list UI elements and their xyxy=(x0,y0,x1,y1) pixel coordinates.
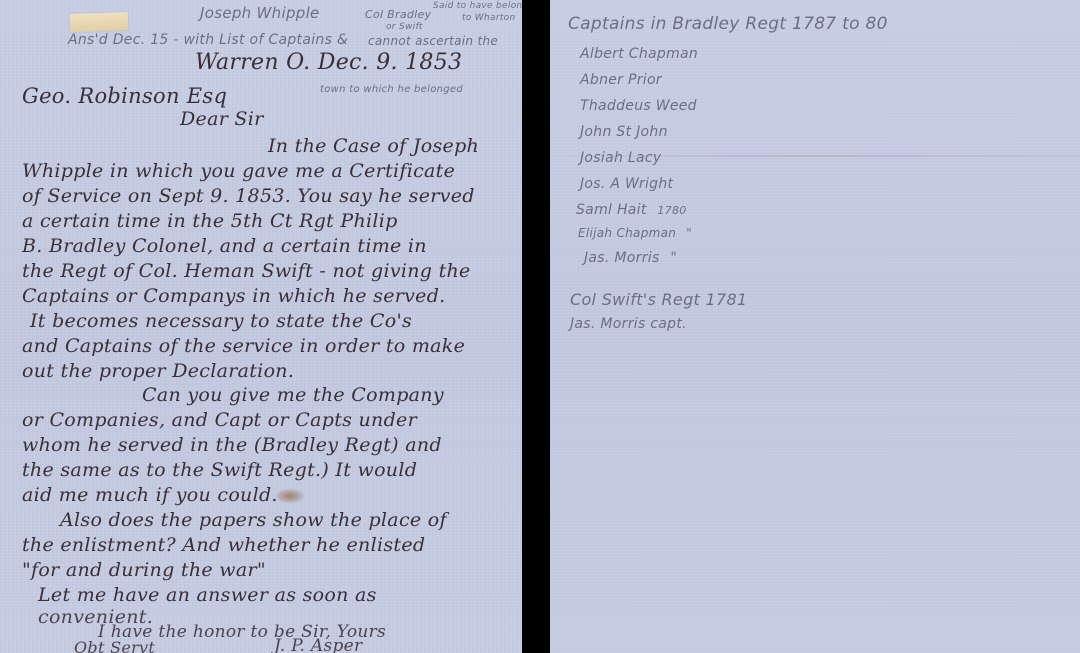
captain-name: Thaddeus Weed xyxy=(580,98,697,114)
body-line: Also does the papers show the place of xyxy=(60,509,447,531)
body-line: out the proper Declaration. xyxy=(22,360,294,382)
tape-strip xyxy=(70,12,129,32)
annotation-subject: Joseph Whipple xyxy=(200,4,320,22)
body-line: the same as to the Swift Regt.) It would xyxy=(22,459,417,481)
captain-entry: Jas. Morris " xyxy=(584,250,677,266)
salutation: Dear Sir xyxy=(180,108,264,130)
body-line: "for and during the war" xyxy=(22,559,266,581)
body-line: Can you give me the Company xyxy=(142,384,444,406)
body-line: the Regt of Col. Heman Swift - not givin… xyxy=(22,260,471,282)
ditto-mark: " xyxy=(670,250,677,266)
captain-entry: Elijah Chapman " xyxy=(578,226,692,240)
captain-name: Elijah Chapman xyxy=(578,226,676,240)
annotation-regiment-alt: or Swift xyxy=(386,22,423,32)
body-line: Let me have an answer as soon as xyxy=(38,584,377,606)
captain-name: Jas. Morris xyxy=(584,250,660,266)
dateline: Warren O. Dec. 9. 1853 xyxy=(195,50,462,75)
captain-entry: Saml Hait 1780 xyxy=(576,202,687,218)
addressee: Geo. Robinson Esq xyxy=(22,84,227,108)
ink-smudge xyxy=(276,489,304,503)
annotation-town: town to which he belonged xyxy=(320,84,463,95)
body-line: or Companies, and Capt or Capts under xyxy=(22,409,417,431)
captain-entry: Thaddeus Weed xyxy=(580,98,697,114)
annotation-side-line1: Said to have belonged xyxy=(433,1,522,11)
body-line: and Captains of the service in order to … xyxy=(22,335,465,357)
body-line: of Service on Sept 9. 1853. You say he s… xyxy=(22,185,475,207)
page-gutter xyxy=(522,0,550,653)
body-line: B. Bradley Colonel, and a certain time i… xyxy=(22,235,427,257)
captain-name: Josiah Lacy xyxy=(580,150,661,166)
captain-entry: Josiah Lacy xyxy=(580,150,661,166)
captain-entry: Jos. A Wright xyxy=(580,176,673,192)
annotation-cannot: cannot ascertain the xyxy=(368,34,498,48)
swift-captain-entry: Jas. Morris capt. xyxy=(570,316,687,332)
document-scan: Joseph Whipple Col Bradley or Swift Said… xyxy=(0,0,1080,653)
captain-year: 1780 xyxy=(657,204,686,217)
captain-name: John St John xyxy=(580,124,668,140)
annotation-side-line2: to Wharton xyxy=(462,13,515,23)
body-line: In the Case of Joseph xyxy=(268,135,479,157)
letter-page: Joseph Whipple Col Bradley or Swift Said… xyxy=(0,0,522,653)
signature: J. P. Asper xyxy=(274,636,362,653)
captains-list-page: Captains in Bradley Regt 1787 to 80 Albe… xyxy=(550,0,1080,653)
body-line: whom he served in the (Bradley Regt) and xyxy=(22,434,442,456)
captain-entry: Albert Chapman xyxy=(580,46,698,62)
captain-name: Abner Prior xyxy=(580,72,662,88)
body-line: It becomes necessary to state the Co's xyxy=(30,310,412,332)
annotation-received: Ans'd Dec. 15 - with List of Captains & xyxy=(68,32,348,48)
captain-name: Saml Hait xyxy=(576,202,647,218)
body-line: a certain time in the 5th Ct Rgt Philip xyxy=(22,210,398,232)
body-line: Captains or Companys in which he served. xyxy=(22,285,446,307)
captain-name: Jos. A Wright xyxy=(580,176,673,192)
body-line: aid me much if you could. xyxy=(22,484,278,506)
annotation-regiment: Col Bradley xyxy=(365,8,431,21)
captain-name: Albert Chapman xyxy=(580,46,698,62)
ditto-mark: " xyxy=(686,226,692,240)
closing-servant: Obt Servt xyxy=(74,638,155,653)
captain-entry: John St John xyxy=(580,124,668,140)
captain-entry: Abner Prior xyxy=(580,72,662,88)
body-line: Whipple in which you gave me a Certifica… xyxy=(22,160,455,182)
body-line: the enlistment? And whether he enlisted xyxy=(22,534,425,556)
list-heading: Captains in Bradley Regt 1787 to 80 xyxy=(568,14,888,34)
swift-regiment-heading: Col Swift's Regt 1781 xyxy=(570,290,747,309)
